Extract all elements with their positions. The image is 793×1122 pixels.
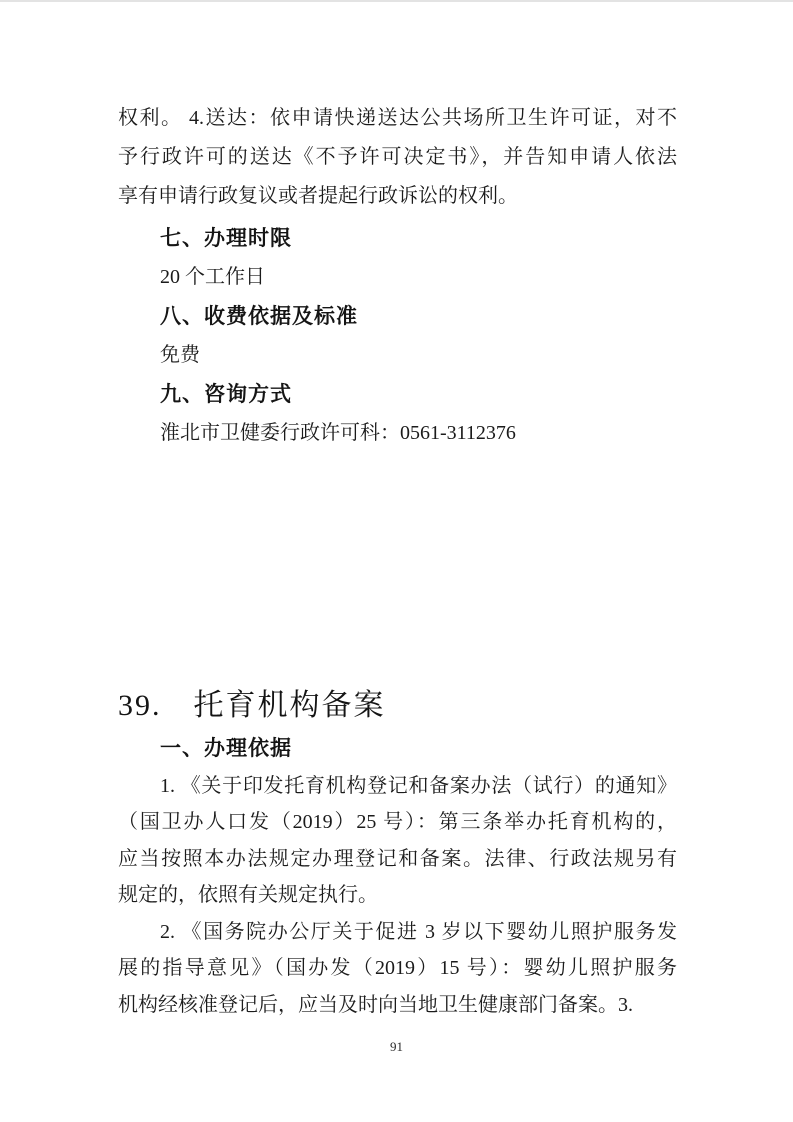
text-line: 2. 《国务院办公厅关于促进 3 岁以下婴幼儿照护服务发 (118, 914, 677, 951)
page-content: 权利。 4.送达：依申请快递送达公共场所卫生许可证，对不 予行政许可的送达《不予… (118, 2, 677, 1023)
continued-paragraph: 权利。 4.送达：依申请快递送达公共场所卫生许可证，对不 予行政许可的送达《不予… (118, 99, 677, 216)
text-line: 享有申请行政复议或者提起行政诉讼的权利。 (118, 177, 677, 216)
item-heading-basis: 一、办理依据 (118, 731, 677, 768)
text-line: 1. 《关于印发托育机构登记和备案办法（试行）的通知》 (118, 768, 677, 805)
basis-paragraph-1: 1. 《关于印发托育机构登记和备案办法（试行）的通知》 （国卫办人口发（2019… (118, 768, 677, 914)
section-heading-processing-time: 七、办理时限 (118, 219, 677, 258)
section-body-fee-basis: 免费 (118, 336, 677, 375)
text-line: 予行政许可的送达《不予许可决定书》，并告知申请人依法 (118, 138, 677, 177)
page-number: 91 (0, 1039, 793, 1055)
text-line: 规定的，依照有关规定执行。 (118, 877, 677, 914)
text-line: 应当按照本办法规定办理登记和备案。法律、行政法规另有 (118, 841, 677, 878)
text-line: 展的指导意见》（国办发（2019）15 号）：婴幼儿照护服务 (118, 950, 677, 987)
text-line: 权利。 4.送达：依申请快递送达公共场所卫生许可证，对不 (118, 99, 677, 138)
section-heading-consultation: 九、咨询方式 (118, 375, 677, 414)
item-title: 39. 托育机构备案 (118, 686, 677, 726)
document-page: 权利。 4.送达：依申请快递送达公共场所卫生许可证，对不 予行政许可的送达《不予… (0, 0, 793, 1122)
text-line: （国卫办人口发（2019）25 号）：第三条举办托育机构的， (118, 804, 677, 841)
section-body-consultation-phone: 淮北市卫健委行政许可科：0561-3112376 (118, 414, 677, 453)
section-heading-fee-basis: 八、收费依据及标准 (118, 297, 677, 336)
text-line: 机构经核准登记后，应当及时向当地卫生健康部门备案。3. (118, 987, 677, 1024)
basis-paragraph-2: 2. 《国务院办公厅关于促进 3 岁以下婴幼儿照护服务发 展的指导意见》（国办发… (118, 914, 677, 1024)
section-body-processing-time: 20 个工作日 (118, 258, 677, 297)
